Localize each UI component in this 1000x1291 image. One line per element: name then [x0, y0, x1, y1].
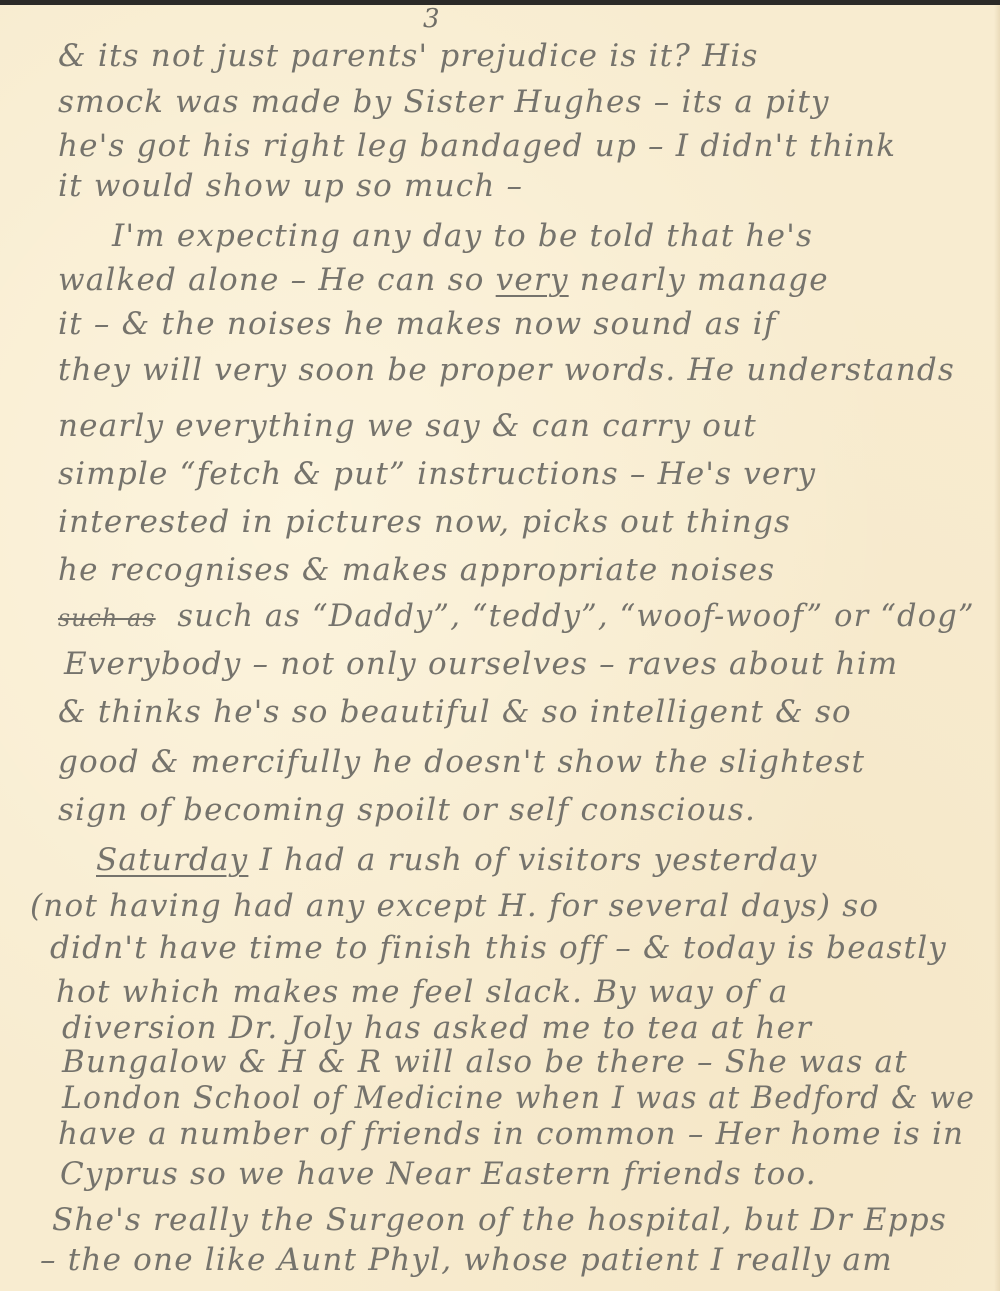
letter-page: 3 & its not just parents' prejudice is i…: [0, 0, 1000, 1291]
letter-line-1: & its not just parents' prejudice is it?…: [58, 38, 759, 74]
letter-line-12: he recognises & makes appropriate noises: [58, 552, 775, 588]
letter-line-20: didn't have time to finish this off – & …: [50, 930, 947, 966]
line-6-start: walked alone – He can so: [58, 262, 496, 298]
letter-line-6: walked alone – He can so very nearly man…: [58, 262, 829, 298]
line-6-end: nearly manage: [569, 262, 829, 298]
letter-line-14: Everybody – not only ourselves – raves a…: [64, 646, 898, 682]
letter-line-21: hot which makes me feel slack. By way of…: [56, 974, 788, 1010]
letter-line-27: She's really the Surgeon of the hospital…: [52, 1202, 947, 1238]
page-number: 3: [423, 4, 440, 34]
struck-out-word: such as: [58, 604, 156, 632]
line-18-text: I had a rush of visitors yesterday: [248, 842, 817, 878]
paper-right-edge: [994, 5, 1000, 1291]
letter-line-26: Cyprus so we have Near Eastern friends t…: [60, 1156, 817, 1192]
letter-line-4: it would show up so much –: [58, 168, 523, 204]
letter-line-15: & thinks he's so beautiful & so intellig…: [58, 694, 852, 730]
letter-line-2: smock was made by Sister Hughes – its a …: [58, 84, 830, 120]
letter-line-23: Bungalow & H & R will also be there – Sh…: [62, 1044, 908, 1080]
letter-line-9: nearly everything we say & can carry out: [58, 408, 757, 444]
letter-line-28: – the one like Aunt Phyl, whose patient …: [40, 1242, 893, 1278]
letter-line-8: they will very soon be proper words. He …: [58, 352, 955, 388]
letter-line-24: London School of Medicine when I was at …: [62, 1080, 975, 1116]
letter-line-11: interested in pictures now, picks out th…: [58, 504, 791, 540]
letter-line-17: sign of becoming spoilt or self consciou…: [58, 792, 756, 828]
letter-line-13: such as such as “Daddy”, “teddy”, “woof-…: [58, 598, 975, 634]
letter-line-19: (not having had any except H. for severa…: [30, 888, 879, 924]
letter-line-10: simple “fetch & put” instructions – He's…: [58, 456, 816, 492]
underlined-very: very: [496, 262, 569, 298]
letter-line-25: have a number of friends in common – Her…: [58, 1116, 964, 1152]
letter-line-3: he's got his right leg bandaged up – I d…: [58, 128, 896, 164]
letter-line-18: Saturday I had a rush of visitors yester…: [96, 842, 818, 878]
line-13-text: such as “Daddy”, “teddy”, “woof-woof” or…: [177, 598, 974, 634]
scan-top-border: [0, 0, 1000, 5]
letter-line-16: good & mercifully he doesn't show the sl…: [58, 744, 865, 780]
letter-line-22: diversion Dr. Joly has asked me to tea a…: [62, 1010, 812, 1046]
letter-line-7: it – & the noises he makes now sound as …: [58, 306, 776, 342]
letter-line-5: I'm expecting any day to be told that he…: [112, 218, 813, 254]
underlined-saturday: Saturday: [96, 842, 248, 878]
